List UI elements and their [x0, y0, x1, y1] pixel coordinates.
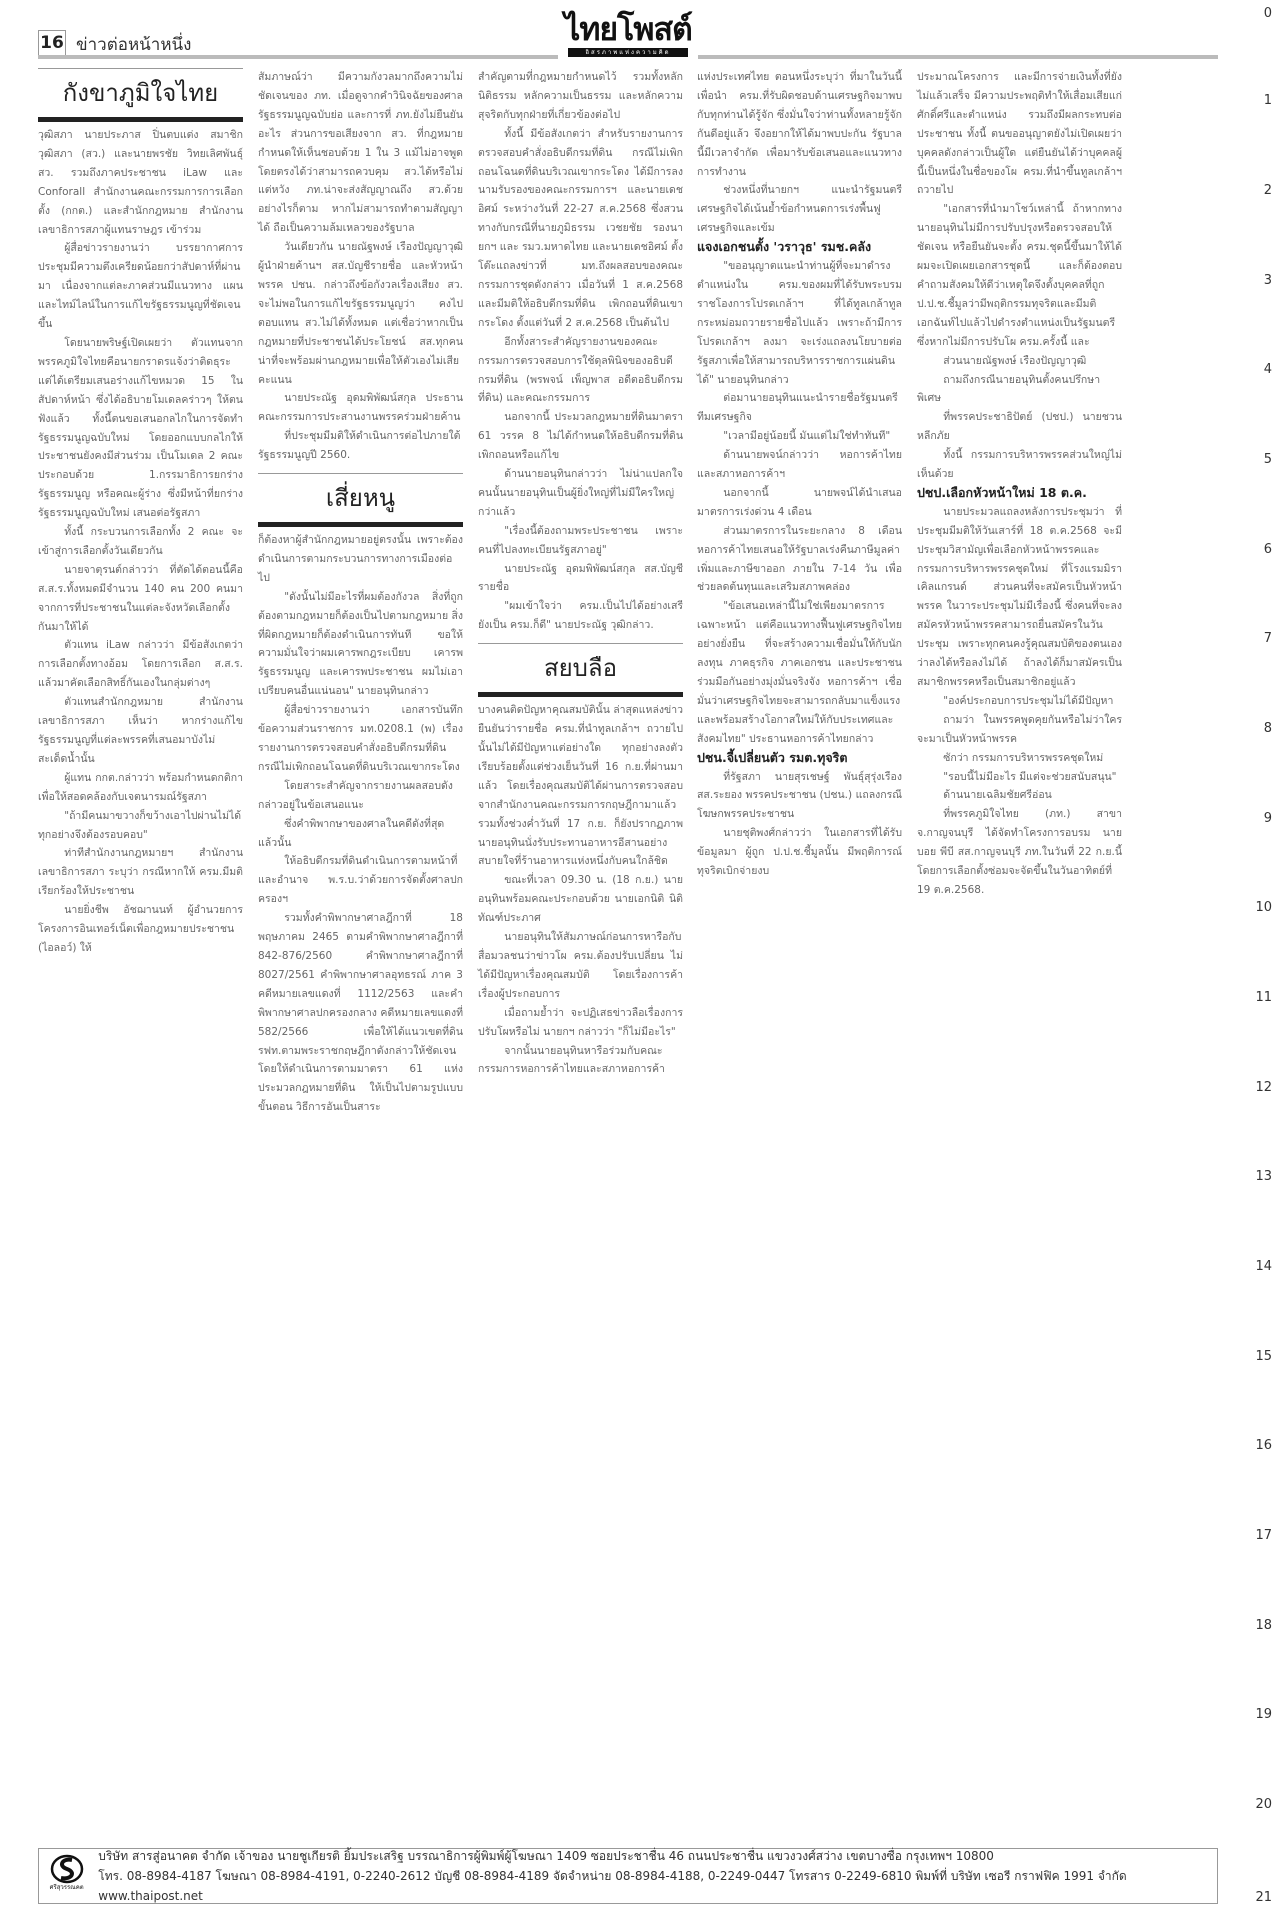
- paragraph: "ถ้ามีคนมาขวางก็ขว้างเอาไปผ่านไม่ได้ ทุก…: [38, 807, 243, 845]
- paragraph: ที่พรรคประชาธิปัตย์ (ปชป.) นายชวน หลีกภั…: [917, 408, 1122, 446]
- paragraph: วุฒิสภา นายประภาส ปิ่นตบแต่ง สมาชิกวุฒิส…: [38, 126, 243, 239]
- margin-number: 0: [1264, 6, 1272, 21]
- publisher-emblem-icon: [50, 1854, 84, 1884]
- margin-number: 4: [1264, 362, 1272, 377]
- page-header: 16 ข่าวต่อหน้าหนึ่ง ไทยโพสต์ อิสรภาพแห่ง…: [38, 0, 1218, 62]
- paragraph: ช่วงหนึ่งที่นายกฯ แนะนำรัฐมนตรีเศรษฐกิจไ…: [697, 181, 902, 238]
- paragraph: นายประมวลแถลงหลังการประชุมว่า ที่ประชุมม…: [917, 503, 1122, 692]
- margin-number: 10: [1255, 900, 1272, 915]
- paragraph: บางคนติดปัญหาคุณสมบัตินั้น ล่าสุดแหล่งข่…: [478, 701, 683, 871]
- paragraph: ที่พรรคภูมิใจไทย (ภท.) สาขา จ.กาญจนบุรี …: [917, 805, 1122, 900]
- subheading: ปชป.เลือกหัวหน้าใหม่ 18 ต.ค.: [917, 484, 1122, 503]
- margin-number: 7: [1264, 631, 1272, 646]
- paragraph: นายประณัฐ อุดมพิพัฒน์สกุล สส.บัญชีรายชื่…: [478, 560, 683, 598]
- headline-block: กังขาภูมิใจไทย: [38, 68, 243, 122]
- margin-number: 3: [1264, 273, 1272, 288]
- headline-siahnu: เสี่ยหนู: [258, 474, 463, 522]
- footer-imprint: ศรีสุวรรณคต บริษัท สารสู่อนาคต จำกัด เจ้…: [38, 1848, 1218, 1904]
- headline-soblue: สยบลือ: [478, 644, 683, 692]
- paragraph: ที่ประชุมมีมติให้ดำเนินการต่อไปภายใต้รัฐ…: [258, 427, 463, 465]
- headline-block: สยบลือ: [478, 643, 683, 697]
- paragraph: ตัวแทนสำนักกฎหมาย สำนักงานเลขาธิการสภา เ…: [38, 693, 243, 769]
- margin-number: 11: [1255, 990, 1272, 1005]
- paragraph: "ข้อเสนอเหล่านี้ไม่ใช่เพียงมาตรการเฉพาะห…: [697, 597, 902, 748]
- paragraph: โดยสาระสำคัญจากรายงานผลสอบดังกล่าวอยู่ใน…: [258, 777, 463, 815]
- paragraph: "ผมเข้าใจว่า ครม.เป็นไปได้อย่างเสรี ยังเ…: [478, 597, 683, 635]
- logo-text: ไทยโพสต์: [558, 10, 698, 48]
- subheading: ปชน.จี้เปลี่ยนตัว รมต.ทุจริต: [697, 749, 902, 768]
- paragraph: ทั้งนี้ กระบวนการเลือกทั้ง 2 คณะ จะเข้าส…: [38, 523, 243, 561]
- footer-line-2: โทร. 08-8984-4187 โฆษณา 08-8984-4191, 0-…: [98, 1866, 1217, 1906]
- margin-number: 12: [1255, 1080, 1272, 1095]
- paragraph: ด้านนายอนุทินกล่าวว่า ไม่น่าแปลกใจ คนนั้…: [478, 465, 683, 522]
- publisher-logo-caption: ศรีสุวรรณคต: [50, 1884, 84, 1892]
- margin-number: 2: [1264, 183, 1272, 198]
- paragraph: อีกทั้งสาระสำคัญรายงานของคณะกรรมการตรวจส…: [478, 333, 683, 409]
- paragraph: ประมาณโครงการ และมีการจ่ายเงินทั้งที่ยัง…: [917, 68, 1122, 200]
- paragraph: ขณะที่เวลา 09.30 น. (18 ก.ย.) นายอนุทินพ…: [478, 871, 683, 928]
- paragraph: นอกจากนี้ นายพจน์ได้นำเสนอมาตรการเร่งด่ว…: [697, 484, 902, 522]
- paragraph: แห่งประเทศไทย ตอนหนึ่งระบุว่า ที่มาในวัน…: [697, 68, 902, 181]
- paragraph: ส่วนนายณัฐพงษ์ เรืองปัญญาวุฒิ: [917, 352, 1122, 371]
- logo-tagline: อิสรภาพแห่งความคิด: [568, 48, 688, 57]
- margin-number: 14: [1255, 1259, 1272, 1274]
- margin-number: 19: [1255, 1707, 1272, 1722]
- paragraph: ผู้แทน กกต.กล่าวว่า พร้อมกำหนดกติกาเพื่อ…: [38, 769, 243, 807]
- paragraph: "เอกสารที่นำมาโชว์เหล่านี้ ถ้าหากทางนายอ…: [917, 200, 1122, 351]
- paragraph: นายประณัฐ อุดมพิพัฒน์สกุล ประธานคณะกรรมก…: [258, 389, 463, 427]
- subheading: แจงเอกชนตั้ง 'วราวุธ' รมช.คลัง: [697, 238, 902, 257]
- paragraph: โดยนายพริษฐ์เปิดเผยว่า ตัวแทนจากพรรคภูมิ…: [38, 334, 243, 523]
- paragraph: นายชุติพงศ์กล่าวว่า ในเอกสารที่ได้รับข้อ…: [697, 824, 902, 881]
- paragraph: ตัวแทน iLaw กล่าวว่า มีข้อสังเกตว่า การเ…: [38, 636, 243, 693]
- margin-number: 15: [1255, 1349, 1272, 1364]
- paragraph: ซึ่งคำพิพากษาของศาลในคดีดังที่สุดแล้วนั้…: [258, 815, 463, 853]
- headline-bhumjaithai: กังขาภูมิใจไทย: [38, 69, 243, 117]
- paragraph: เมื่อถามย้ำว่า จะปฏิเสธข่าวลือเรื่องการป…: [478, 1004, 683, 1042]
- paragraph: "รอบนี้ไม่มีอะไร มีแต่จะช่วยสนับสนุน": [917, 768, 1122, 787]
- column-4: แห่งประเทศไทย ตอนหนึ่งระบุว่า ที่มาในวัน…: [697, 68, 902, 881]
- paragraph: นายยิ่งชีพ อัชฌานนท์ ผู้อำนวยการโครงการอ…: [38, 901, 243, 958]
- margin-number: 13: [1255, 1169, 1272, 1184]
- page-number: 16: [38, 30, 66, 55]
- margin-number: 16: [1255, 1438, 1272, 1453]
- margin-number: 21: [1255, 1890, 1272, 1905]
- footer-line-1: บริษัท สารสู่อนาคต จำกัด เจ้าของ นายชูเก…: [98, 1846, 1217, 1866]
- column-1: กังขาภูมิใจไทย วุฒิสภา นายประภาส ปิ่นตบแ…: [38, 68, 243, 958]
- paragraph: สัมภาษณ์ว่า มีความกังวลมากถึงความไม่ชัดเ…: [258, 68, 463, 238]
- paragraph: ให้อธิบดีกรมที่ดินดำเนินการตามหน้าที่และ…: [258, 852, 463, 909]
- paragraph: ส่วนมาตรการในระยะกลาง 8 เดือน หอการค้าไท…: [697, 522, 902, 598]
- paragraph: ก็ต้องหาผู้สำนักกฎหมายอยู่ตรงนั้น เพราะต…: [258, 531, 463, 588]
- headline-rule-bottom: [478, 692, 683, 697]
- headline-rule-bottom: [258, 522, 463, 527]
- margin-number: 9: [1264, 811, 1272, 826]
- paragraph: ทั้งนี้ กรรมการบริหารพรรคส่วนใหญ่ไม่เห็น…: [917, 446, 1122, 484]
- margin-number: 17: [1255, 1528, 1272, 1543]
- margin-number: 5: [1264, 452, 1272, 467]
- publisher-logo: ศรีสุวรรณคต: [45, 1854, 88, 1898]
- masthead-logo: ไทยโพสต์ อิสรภาพแห่งความคิด: [558, 10, 698, 60]
- margin-number: 8: [1264, 721, 1272, 736]
- margin-number: 6: [1264, 542, 1272, 557]
- paragraph: ถามว่า ในพรรคพูดคุยกันหรือไม่ว่าใครจะมาเ…: [917, 711, 1122, 749]
- margin-number: 1: [1264, 93, 1272, 108]
- paragraph: ซักว่า กรรมการบริหารพรรคชุดใหม่: [917, 749, 1122, 768]
- paragraph: "ดังนั้นไม่มีอะไรที่ผมต้องกังวล สิ่งที่ถ…: [258, 588, 463, 701]
- paragraph: "ขออนุญาตแนะนำท่านผู้ที่จะมาดำรงตำแหน่งใ…: [697, 257, 902, 389]
- paragraph: สำคัญตามที่กฎหมายกำหนดไว้ รวมทั้งหลักนิต…: [478, 68, 683, 125]
- paragraph: วันเดียวกัน นายณัฐพงษ์ เรืองปัญญาวุฒิ ผู…: [258, 238, 463, 389]
- paragraph: ผู้สื่อข่าวรายงานว่า บรรยากาศการประชุมมี…: [38, 239, 243, 334]
- paragraph: ด้านนายเฉลิมชัยศรีอ่อน: [917, 786, 1122, 805]
- section-title: ข่าวต่อหน้าหนึ่ง: [76, 31, 191, 58]
- margin-number: 20: [1255, 1797, 1272, 1812]
- paragraph: ผู้สื่อข่าวรายงานว่า เอกสารบันทึกข้อความ…: [258, 701, 463, 777]
- paragraph: "เวลามีอยู่น้อยนี้ มันแต่ไม่ใช่ทำทันที": [697, 427, 902, 446]
- paragraph: รวมทั้งคำพิพากษาศาลฎีกาที่ 18 พฤษภาคม 24…: [258, 909, 463, 1117]
- headline-rule-bottom: [38, 117, 243, 122]
- paragraph: ท่าทีสำนักงานกฎหมายฯ สำนักงานเลขาธิการสภ…: [38, 844, 243, 901]
- paragraph: จากนั้นนายอนุทินหารือร่วมกับคณะกรรมการหอ…: [478, 1042, 683, 1080]
- paragraph: นอกจากนี้ ประมวลกฎหมายที่ดินมาตรา 61 วรร…: [478, 408, 683, 465]
- paragraph: ทั้งนี้ มีข้อสังเกตว่า สำหรับรายงานการตร…: [478, 125, 683, 333]
- margin-number: 18: [1255, 1618, 1272, 1633]
- paragraph: นายจาตุรนต์กล่าวว่า ที่ตัดได้ตอนนี้คือ ส…: [38, 561, 243, 637]
- paragraph: ถามถึงกรณีนายอนุทินตั้งคนปรึกษาพิเศษ: [917, 371, 1122, 409]
- column-5: ประมาณโครงการ และมีการจ่ายเงินทั้งที่ยัง…: [917, 68, 1122, 900]
- headline-block: เสี่ยหนู: [258, 473, 463, 527]
- footer-text: บริษัท สารสู่อนาคต จำกัด เจ้าของ นายชูเก…: [98, 1846, 1217, 1906]
- column-3: สำคัญตามที่กฎหมายกำหนดไว้ รวมทั้งหลักนิต…: [478, 68, 683, 1079]
- column-2: สัมภาษณ์ว่า มีความกังวลมากถึงความไม่ชัดเ…: [258, 68, 463, 1117]
- paragraph: นายอนุทินให้สัมภาษณ์ก่อนการหารือกับสื่อม…: [478, 928, 683, 1004]
- paragraph: ต่อมานายอนุทินแนะนำรายชื่อรัฐมนตรีทีมเศร…: [697, 389, 902, 427]
- paragraph: "องค์ประกอบการประชุมไม่ได้มีปัญหา: [917, 692, 1122, 711]
- paragraph: ที่รัฐสภา นายสุรเชษฐ์ พันธุ์สุรุ่งเรือง …: [697, 768, 902, 825]
- paragraph: "เรื่องนี้ต้องถามพระประชาชน เพราะคนที่ไป…: [478, 522, 683, 560]
- paragraph: ด้านนายพจน์กล่าวว่า หอการค้าไทยและสภาหอก…: [697, 446, 902, 484]
- margin-numbers: 0 1 2 3 4 5 6 7 8 9 10 11 12 13 14 15 16…: [1252, 0, 1272, 1920]
